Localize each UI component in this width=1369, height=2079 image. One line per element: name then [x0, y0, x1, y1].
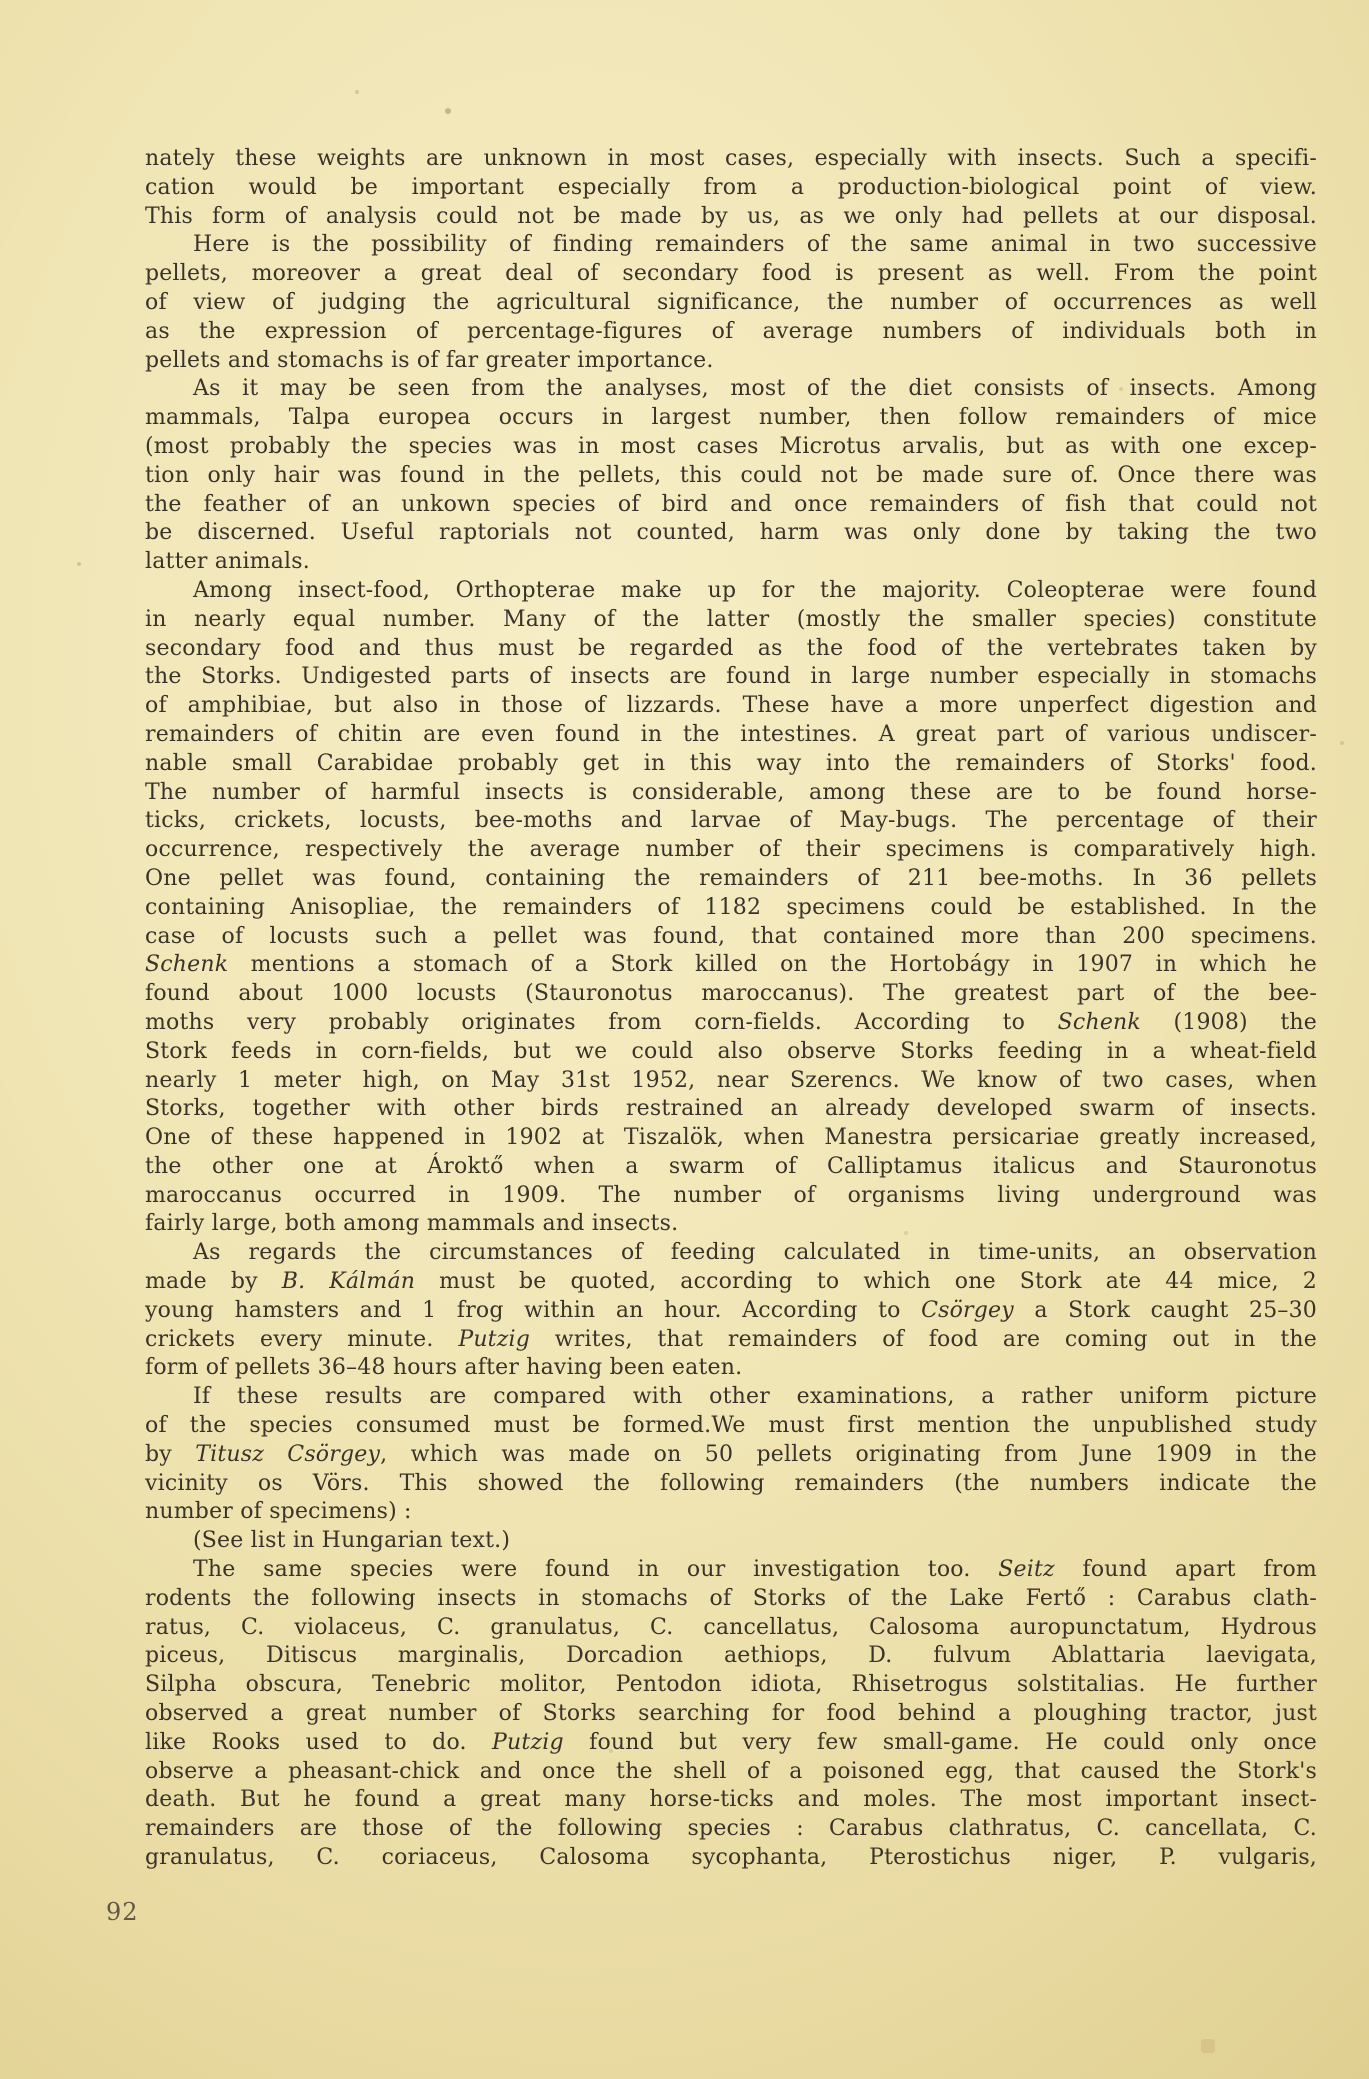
text-line: ratus, C. violaceus, C. granulatus, C. c… — [145, 1614, 1317, 1643]
text-line: latter animals. — [145, 548, 1317, 577]
text-line: Among insect-food, Orthopterae make up f… — [145, 577, 1317, 606]
paragraph: Here is the possibility of finding remai… — [145, 231, 1317, 375]
text-line: As it may be seen from the analyses, mos… — [145, 375, 1317, 404]
text-line: Storks, together with other birds restra… — [145, 1095, 1317, 1124]
scanned-book-page: nately these weights are unknown in most… — [0, 0, 1369, 2079]
text-line: the other one at Ároktő when a swarm of … — [145, 1153, 1317, 1182]
text-line: containing Anisopliae, the remainders of… — [145, 894, 1317, 923]
text-line: ticks, crickets, locusts, bee-moths and … — [145, 807, 1317, 836]
text-line: This form of analysis could not be made … — [145, 203, 1317, 232]
text-line: of the species consumed must be formed.W… — [145, 1412, 1317, 1441]
text-line: nearly 1 meter high, on May 31st 1952, n… — [145, 1067, 1317, 1096]
paragraph: As regards the circumstances of feeding … — [145, 1239, 1317, 1383]
text-line: If these results are compared with other… — [145, 1383, 1317, 1412]
text-line: observe a pheasant-chick and once the sh… — [145, 1758, 1317, 1787]
text-line: remainders of chitin are even found in t… — [145, 721, 1317, 750]
text-line: moths very probably originates from corn… — [145, 1009, 1317, 1038]
text-line: like Rooks used to do. Putzig found but … — [145, 1729, 1317, 1758]
text-line: pellets and stomachs is of far greater i… — [145, 347, 1317, 376]
text-line: secondary food and thus must be regarded… — [145, 635, 1317, 664]
text-line: pellets, moreover a great deal of second… — [145, 260, 1317, 289]
text-line: vicinity os Vörs. This showed the follow… — [145, 1470, 1317, 1499]
paragraph: The same species were found in our inves… — [145, 1556, 1317, 1873]
text-line: death. But he found a great many horse-t… — [145, 1786, 1317, 1815]
text-line: be discerned. Useful raptorials not coun… — [145, 519, 1317, 548]
text-line: mammals, Talpa europea occurs in largest… — [145, 404, 1317, 433]
text-line: form of pellets 36–48 hours after having… — [145, 1354, 1317, 1383]
text-line: of amphibiae, but also in those of lizza… — [145, 692, 1317, 721]
text-line: in nearly equal number. Many of the latt… — [145, 606, 1317, 635]
text-line: The number of harmful insects is conside… — [145, 779, 1317, 808]
text-line: number of specimens) : — [145, 1498, 1317, 1527]
text-line: One of these happened in 1902 at Tiszalö… — [145, 1124, 1317, 1153]
paragraph: (See list in Hungarian text.) — [145, 1527, 1317, 1556]
paragraph: Among insect-food, Orthopterae make up f… — [145, 577, 1317, 1239]
text-line: of view of judging the agricultural sign… — [145, 289, 1317, 318]
text-line: cation would be important especially fro… — [145, 174, 1317, 203]
text-line: (See list in Hungarian text.) — [145, 1527, 1317, 1556]
paragraph: nately these weights are unknown in most… — [145, 145, 1317, 231]
paragraph: If these results are compared with other… — [145, 1383, 1317, 1527]
text-line: the feather of an unkown species of bird… — [145, 491, 1317, 520]
text-line: by Titusz Csörgey, which was made on 50 … — [145, 1441, 1317, 1470]
text-line: granulatus, C. coriaceus, Calosoma sycop… — [145, 1844, 1317, 1873]
text-line: Stork feeds in corn-fields, but we could… — [145, 1038, 1317, 1067]
text-line: The same species were found in our inves… — [145, 1556, 1317, 1585]
page-number: 92 — [106, 1898, 139, 1926]
text-line: the Storks. Undigested parts of insects … — [145, 663, 1317, 692]
text-line: young hamsters and 1 frog within an hour… — [145, 1297, 1317, 1326]
paragraph: As it may be seen from the analyses, mos… — [145, 375, 1317, 577]
text-line: As regards the circumstances of feeding … — [145, 1239, 1317, 1268]
text-line: maroccanus occurred in 1909. The number … — [145, 1182, 1317, 1211]
paper-texture — [0, 0, 2, 2]
text-line: as the expression of percentage-figures … — [145, 318, 1317, 347]
text-line: found about 1000 locusts (Stauronotus ma… — [145, 980, 1317, 1009]
text-line: remainders are those of the following sp… — [145, 1815, 1317, 1844]
text-line: Here is the possibility of finding remai… — [145, 231, 1317, 260]
text-block: nately these weights are unknown in most… — [145, 145, 1317, 1873]
text-line: crickets every minute. Putzig writes, th… — [145, 1326, 1317, 1355]
text-line: nable small Carabidae probably get in th… — [145, 750, 1317, 779]
text-line: made by B. Kálmán must be quoted, accord… — [145, 1268, 1317, 1297]
text-line: piceus, Ditiscus marginalis, Dorcadion a… — [145, 1642, 1317, 1671]
text-line: occurrence, respectively the average num… — [145, 836, 1317, 865]
text-line: (most probably the species was in most c… — [145, 433, 1317, 462]
text-line: rodents the following insects in stomach… — [145, 1585, 1317, 1614]
text-line: One pellet was found, containing the rem… — [145, 865, 1317, 894]
text-line: Silpha obscura, Tenebric molitor, Pentod… — [145, 1671, 1317, 1700]
text-line: observed a great number of Storks search… — [145, 1700, 1317, 1729]
text-line: nately these weights are unknown in most… — [145, 145, 1317, 174]
text-line: tion only hair was found in the pellets,… — [145, 462, 1317, 491]
text-line: Schenk mentions a stomach of a Stork kil… — [145, 951, 1317, 980]
text-line: fairly large, both among mammals and ins… — [145, 1210, 1317, 1239]
text-line: case of locusts such a pellet was found,… — [145, 923, 1317, 952]
